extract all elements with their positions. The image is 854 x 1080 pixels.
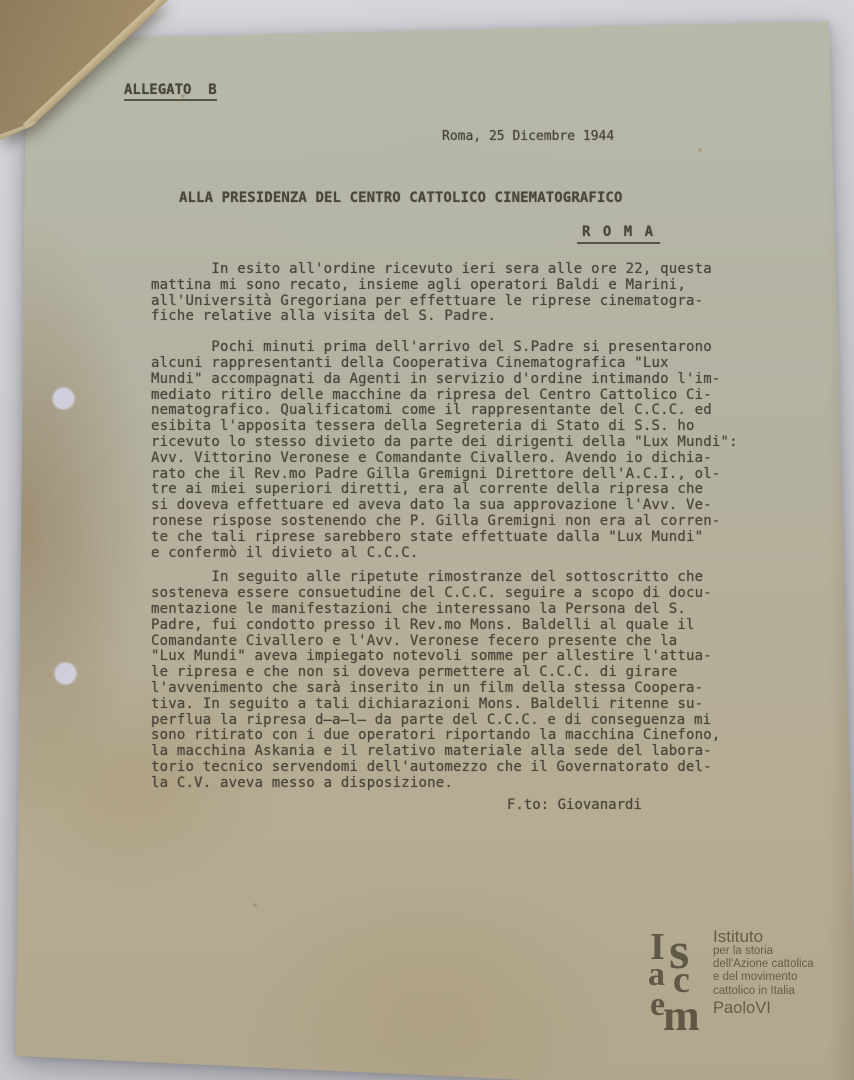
sheet-edge-highlight <box>23 0 175 130</box>
photo-of-document: ALLEGATO B Roma, 25 Dicembre 1944 ALLA P… <box>0 0 854 1080</box>
underlying-sheet-wrapper <box>0 0 854 1080</box>
illegible-typed-marks <box>81 45 155 109</box>
underlying-sheet-corner <box>0 0 300 220</box>
sheet-edge-highlight <box>0 120 42 143</box>
illegible-typed-marks <box>64 13 164 99</box>
